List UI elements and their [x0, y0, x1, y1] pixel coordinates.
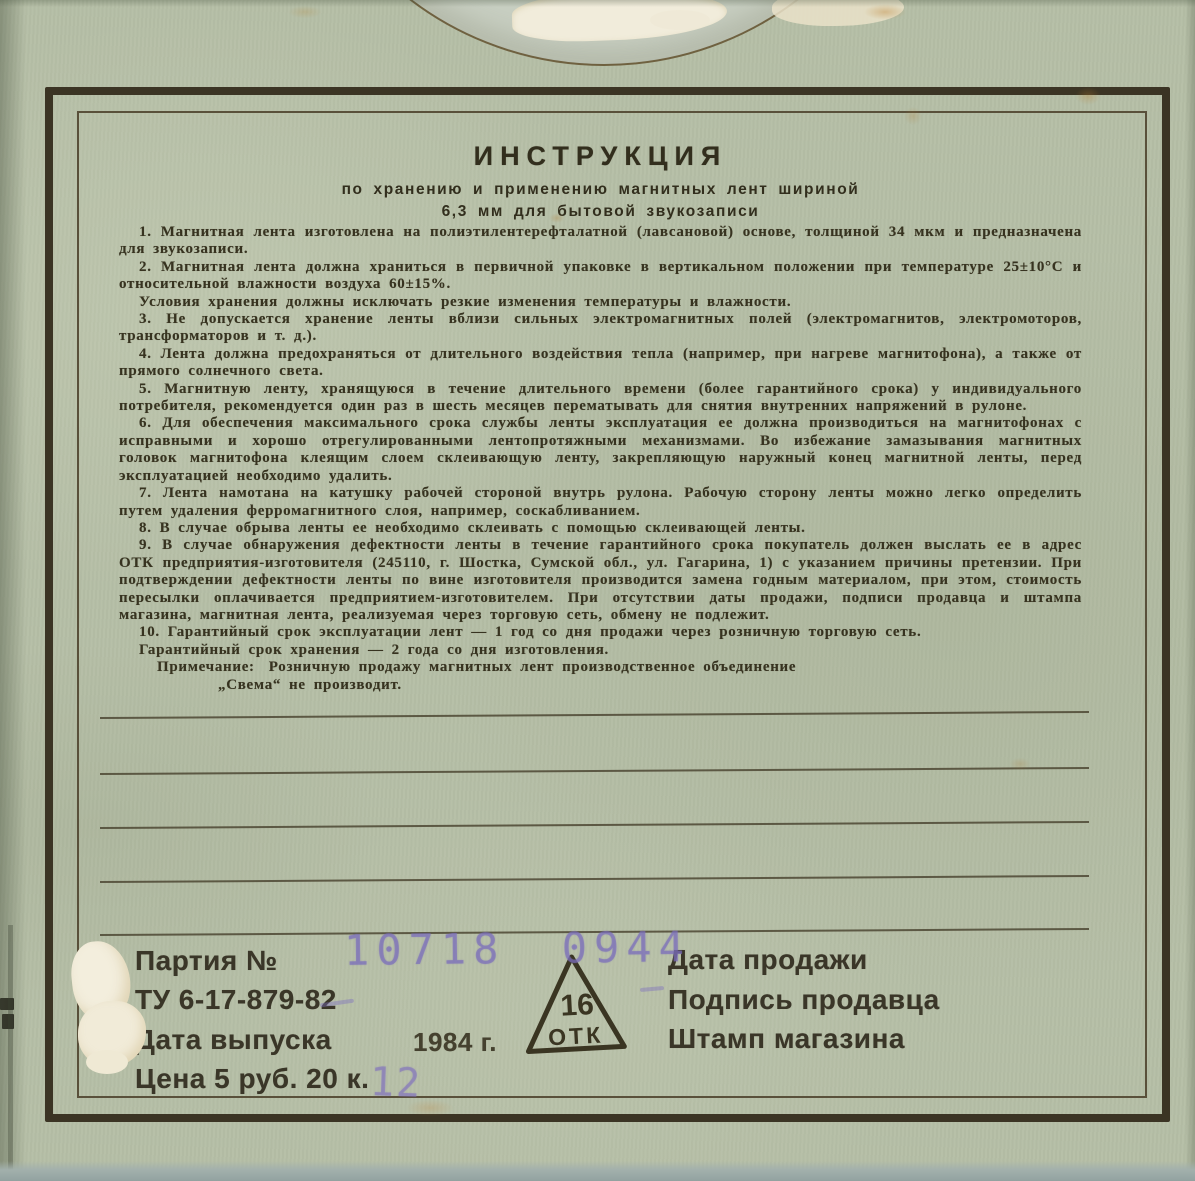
otk-stamp-text: ОТК	[548, 1022, 604, 1051]
instruction-item-1: 1. Магнитная лента изготовлена на полиэт…	[119, 224, 1082, 259]
instruction-item-10b: Гарантийный срок хранения — 2 года со дн…	[119, 642, 1082, 659]
shop-stamp-label: Штамп магазина	[668, 1023, 905, 1055]
batch-number-label: Партия №	[135, 945, 278, 977]
price-label: Цена 5 руб. 20 к.	[135, 1063, 369, 1095]
instruction-item-5: 5. Магнитную ленту, хранящуюся в течение…	[119, 381, 1082, 416]
edge-print-mark-lower	[2, 1014, 14, 1029]
note-line-1: Примечание:Розничную продажу магнитных л…	[119, 659, 1082, 676]
box-fold-line	[8, 925, 13, 1181]
edge-print-mark-upper	[0, 998, 14, 1010]
instruction-item-3: 3. Не допускается хранение ленты вблизи …	[119, 311, 1082, 346]
torn-paper-stain-tail	[86, 1050, 128, 1074]
sale-date-label: Дата продажи	[668, 944, 868, 976]
instruction-item-7: 7. Лента намотана на катушку рабочей сто…	[119, 485, 1082, 520]
bottom-edge-strip	[0, 1161, 1195, 1181]
instruction-item-10: 10. Гарантийный срок эксплуатации лент —…	[119, 624, 1082, 641]
instruction-item-2b: Условия хранения должны исключать резкие…	[119, 294, 1082, 311]
paper-stain-top-small	[650, 10, 710, 30]
instruction-item-4: 4. Лента должна предохраняться от длител…	[119, 346, 1082, 381]
instruction-item-6: 6. Для обеспечения максимального срока с…	[119, 415, 1082, 485]
instruction-item-8: 8. В случае обрыва ленты ее необходимо с…	[119, 520, 1082, 537]
otk-stamp-number: 16	[560, 988, 595, 1023]
note-label: Примечание:	[157, 659, 255, 675]
note-text: Розничную продажу магнитных лент произво…	[269, 659, 797, 675]
seller-signature-label: Подпись продавца	[668, 984, 940, 1016]
right-edge-shadow	[1185, 0, 1195, 1181]
batch-number-ink-stamp: 10718 0944	[344, 922, 691, 975]
instructions-text: 1. Магнитная лента изготовлена на полиэт…	[119, 224, 1082, 694]
paper-stain-top-right	[772, 0, 904, 26]
instruction-subtitle-line-2: 6,3 мм для бытовой звукозаписи	[119, 203, 1082, 221]
release-year-value: 1984 г.	[413, 1027, 497, 1058]
instruction-item-2: 2. Магнитная лента должна храниться в пе…	[119, 259, 1082, 294]
tu-standard-number: ТУ 6-17-879-82	[135, 984, 337, 1016]
instruction-item-9: 9. В случае обнаружения дефектности лент…	[119, 537, 1082, 624]
note-line-2: „Свема“ не производит.	[119, 677, 1082, 694]
tape-box-back-cover: ИНСТРУКЦИЯ по хранению и применению магн…	[0, 0, 1195, 1181]
instruction-title: ИНСТРУКЦИЯ	[119, 141, 1082, 172]
price-ink-stamp: 12	[369, 1059, 423, 1107]
instruction-subtitle-line-1: по хранению и применению магнитных лент …	[119, 181, 1082, 199]
release-date-label: Дата выпуска	[135, 1024, 332, 1056]
